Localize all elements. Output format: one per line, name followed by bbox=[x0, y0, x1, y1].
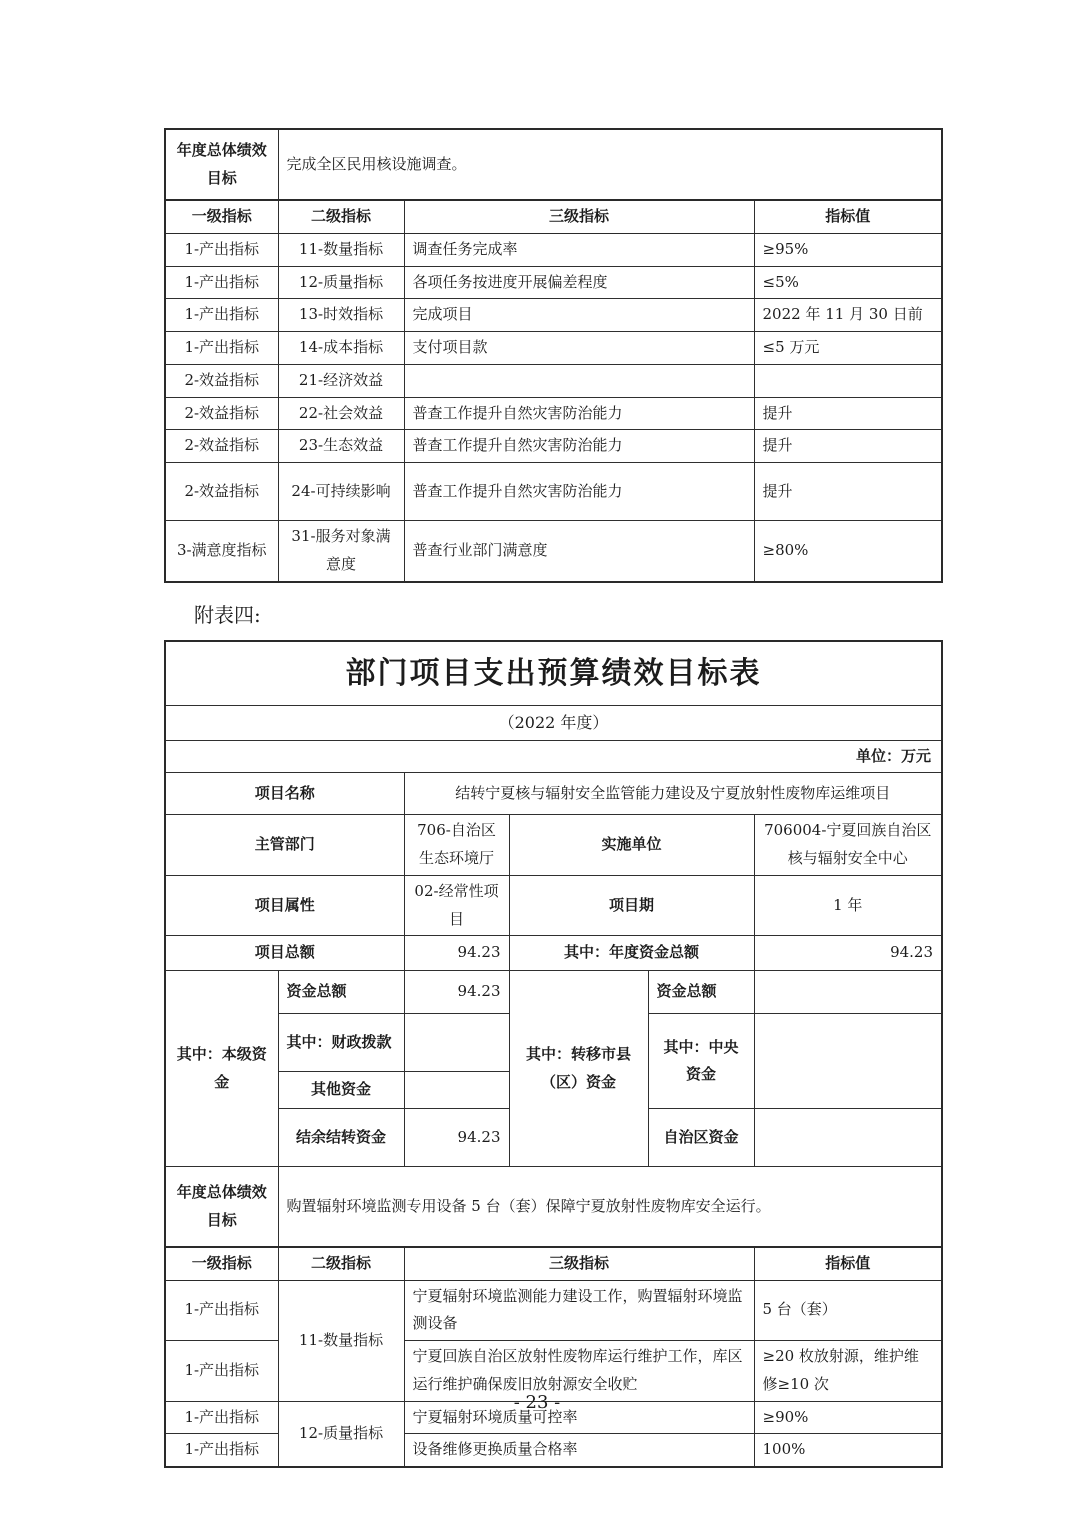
carryover-funds-value: 94.23 bbox=[404, 1109, 509, 1167]
table-title-row: 部门项目支出预算绩效目标表 bbox=[165, 641, 942, 706]
annual-goal-row: 年度总体绩效目标 购置辐射环境监测专用设备 5 台（套）保障宁夏放射性废物库安全… bbox=[165, 1167, 942, 1247]
level2-cell: 22-社会效益 bbox=[278, 397, 404, 430]
total-amount-label: 项目总额 bbox=[165, 936, 404, 971]
unit-label: 单位：万元 bbox=[165, 740, 942, 773]
table-row: 1-产出指标 11-数量指标 宁夏辐射环境监测能力建设工作，购置辐射环境监测设备… bbox=[165, 1280, 942, 1341]
total-amount-row: 项目总额 94.23 其中：年度资金总额 94.23 bbox=[165, 936, 942, 971]
table-row: 1-产出指标 14-成本指标 支付项目款 ≤5 万元 bbox=[165, 332, 942, 365]
level1-cell: 1-产出指标 bbox=[165, 233, 278, 266]
level1-cell: 2-效益指标 bbox=[165, 430, 278, 463]
level3-cell: 设备维修更换质量合格率 bbox=[404, 1434, 754, 1467]
page-number: - 23 - bbox=[0, 1392, 1074, 1413]
annual-goal-text: 购置辐射环境监测专用设备 5 台（套）保障宁夏放射性废物库安全运行。 bbox=[278, 1167, 942, 1247]
level3-cell: 普查工作提升自然灾害防治能力 bbox=[404, 397, 754, 430]
level2-cell: 11-数量指标 bbox=[278, 1280, 404, 1401]
indicator-header-row: 一级指标 二级指标 三级指标 指标值 bbox=[165, 200, 942, 233]
document-page: 年度总体绩效目标 完成全区民用核设施调查。 一级指标 二级指标 三级指标 指标值… bbox=[0, 0, 1074, 1520]
annual-total-value: 94.23 bbox=[754, 936, 942, 971]
level2-cell: 23-生态效益 bbox=[278, 430, 404, 463]
col-header-level2: 二级指标 bbox=[278, 1247, 404, 1280]
value-cell: 提升 bbox=[754, 463, 942, 521]
annual-goal-label: 年度总体绩效目标 bbox=[165, 1167, 278, 1247]
value-cell bbox=[754, 364, 942, 397]
level1-cell: 2-效益指标 bbox=[165, 364, 278, 397]
table-row: 3-满意度指标 31-服务对象满意度 普查行业部门满意度 ≥80% bbox=[165, 521, 942, 582]
attribute-label: 项目属性 bbox=[165, 875, 404, 936]
value-cell: 提升 bbox=[754, 430, 942, 463]
performance-table-2: 部门项目支出预算绩效目标表 （2022 年度） 单位：万元 项目名称 结转宁夏核… bbox=[164, 640, 943, 1469]
transfer-total-value bbox=[754, 971, 942, 1014]
fiscal-allocation-label: 其中：财政拨款 bbox=[278, 1014, 404, 1072]
level3-cell: 普查工作提升自然灾害防治能力 bbox=[404, 463, 754, 521]
annual-goal-label: 年度总体绩效目标 bbox=[165, 129, 278, 200]
region-funds-label: 自治区资金 bbox=[648, 1109, 754, 1167]
period-label: 项目期 bbox=[509, 875, 754, 936]
table-row: 2-效益指标 22-社会效益 普查工作提升自然灾害防治能力 提升 bbox=[165, 397, 942, 430]
table-row: 2-效益指标 23-生态效益 普查工作提升自然灾害防治能力 提升 bbox=[165, 430, 942, 463]
level1-cell: 2-效益指标 bbox=[165, 463, 278, 521]
central-funds-label: 其中：中央资金 bbox=[648, 1014, 754, 1109]
department-value: 706-自治区生态环境厅 bbox=[404, 815, 509, 876]
indicator-header-row: 一级指标 二级指标 三级指标 指标值 bbox=[165, 1247, 942, 1280]
table-subtitle: （2022 年度） bbox=[165, 706, 942, 741]
other-funds-label: 其他资金 bbox=[278, 1072, 404, 1109]
level3-cell: 调查任务完成率 bbox=[404, 233, 754, 266]
level1-cell: 2-效益指标 bbox=[165, 397, 278, 430]
fiscal-allocation-value bbox=[404, 1014, 509, 1072]
level3-cell: 完成项目 bbox=[404, 299, 754, 332]
region-funds-value bbox=[754, 1109, 942, 1167]
project-name-value: 结转宁夏核与辐射安全监管能力建设及宁夏放射性废物库运维项目 bbox=[404, 773, 942, 815]
value-cell: 100% bbox=[754, 1434, 942, 1467]
col-header-value: 指标值 bbox=[754, 1247, 942, 1280]
local-funds-label: 其中：本级资金 bbox=[165, 971, 278, 1167]
department-label: 主管部门 bbox=[165, 815, 404, 876]
level1-cell: 1-产出指标 bbox=[165, 266, 278, 299]
department-row: 主管部门 706-自治区生态环境厅 实施单位 706004-宁夏回族自治区核与辐… bbox=[165, 815, 942, 876]
carryover-funds-label: 结余结转资金 bbox=[278, 1109, 404, 1167]
level1-cell: 3-满意度指标 bbox=[165, 521, 278, 582]
level1-cell: 1-产出指标 bbox=[165, 299, 278, 332]
local-total-label: 资金总额 bbox=[278, 971, 404, 1014]
level1-cell: 1-产出指标 bbox=[165, 1280, 278, 1341]
table-row: 2-效益指标 24-可持续影响 普查工作提升自然灾害防治能力 提升 bbox=[165, 463, 942, 521]
value-cell: 提升 bbox=[754, 397, 942, 430]
project-name-row: 项目名称 结转宁夏核与辐射安全监管能力建设及宁夏放射性废物库运维项目 bbox=[165, 773, 942, 815]
level3-cell: 普查行业部门满意度 bbox=[404, 521, 754, 582]
col-header-value: 指标值 bbox=[754, 200, 942, 233]
table-row: 1-产出指标 13-时效指标 完成项目 2022 年 11 月 30 日前 bbox=[165, 299, 942, 332]
level2-cell: 31-服务对象满意度 bbox=[278, 521, 404, 582]
col-header-level3: 三级指标 bbox=[404, 1247, 754, 1280]
project-name-label: 项目名称 bbox=[165, 773, 404, 815]
table-title: 部门项目支出预算绩效目标表 bbox=[165, 641, 942, 706]
value-cell: 2022 年 11 月 30 日前 bbox=[754, 299, 942, 332]
col-header-level1: 一级指标 bbox=[165, 200, 278, 233]
level1-cell: 1-产出指标 bbox=[165, 1434, 278, 1467]
implement-unit-value: 706004-宁夏回族自治区核与辐射安全中心 bbox=[754, 815, 942, 876]
level1-cell: 1-产出指标 bbox=[165, 332, 278, 365]
value-cell: 5 台（套） bbox=[754, 1280, 942, 1341]
table-row: 2-效益指标 21-经济效益 bbox=[165, 364, 942, 397]
level3-cell: 普查工作提升自然灾害防治能力 bbox=[404, 430, 754, 463]
value-cell: ≥95% bbox=[754, 233, 942, 266]
unit-row: 单位：万元 bbox=[165, 740, 942, 773]
level3-cell: 宁夏辐射环境监测能力建设工作，购置辐射环境监测设备 bbox=[404, 1280, 754, 1341]
period-value: 1 年 bbox=[754, 875, 942, 936]
value-cell: ≤5% bbox=[754, 266, 942, 299]
table-subtitle-row: （2022 年度） bbox=[165, 706, 942, 741]
transfer-funds-label: 其中：转移市县（区）资金 bbox=[509, 971, 648, 1167]
level3-cell bbox=[404, 364, 754, 397]
central-funds-value bbox=[754, 1014, 942, 1109]
attribute-value: 02-经常性项目 bbox=[404, 875, 509, 936]
col-header-level2: 二级指标 bbox=[278, 200, 404, 233]
value-cell: ≥80% bbox=[754, 521, 942, 582]
funds-row: 其中：本级资金 资金总额 94.23 其中：转移市县（区）资金 资金总额 bbox=[165, 971, 942, 1014]
annual-goal-text: 完成全区民用核设施调查。 bbox=[278, 129, 942, 200]
table-row: 1-产出指标 12-质量指标 各项任务按进度开展偏差程度 ≤5% bbox=[165, 266, 942, 299]
attachment-label: 附表四: bbox=[194, 599, 943, 628]
annual-goal-row: 年度总体绩效目标 完成全区民用核设施调查。 bbox=[165, 129, 942, 200]
level2-cell: 12-质量指标 bbox=[278, 266, 404, 299]
level2-cell: 11-数量指标 bbox=[278, 233, 404, 266]
table-row: 1-产出指标 11-数量指标 调查任务完成率 ≥95% bbox=[165, 233, 942, 266]
level2-cell: 21-经济效益 bbox=[278, 364, 404, 397]
level2-cell: 14-成本指标 bbox=[278, 332, 404, 365]
local-total-value: 94.23 bbox=[404, 971, 509, 1014]
performance-table-1: 年度总体绩效目标 完成全区民用核设施调查。 一级指标 二级指标 三级指标 指标值… bbox=[164, 128, 943, 583]
level3-cell: 支付项目款 bbox=[404, 332, 754, 365]
level3-cell: 各项任务按进度开展偏差程度 bbox=[404, 266, 754, 299]
value-cell: ≤5 万元 bbox=[754, 332, 942, 365]
annual-total-label: 其中：年度资金总额 bbox=[509, 936, 754, 971]
implement-unit-label: 实施单位 bbox=[509, 815, 754, 876]
level2-cell: 13-时效指标 bbox=[278, 299, 404, 332]
page-content: 年度总体绩效目标 完成全区民用核设施调查。 一级指标 二级指标 三级指标 指标值… bbox=[164, 128, 943, 1468]
attribute-row: 项目属性 02-经常性项目 项目期 1 年 bbox=[165, 875, 942, 936]
level2-cell: 24-可持续影响 bbox=[278, 463, 404, 521]
total-amount-value: 94.23 bbox=[404, 936, 509, 971]
transfer-total-label: 资金总额 bbox=[648, 971, 754, 1014]
col-header-level1: 一级指标 bbox=[165, 1247, 278, 1280]
col-header-level3: 三级指标 bbox=[404, 200, 754, 233]
other-funds-value bbox=[404, 1072, 509, 1109]
